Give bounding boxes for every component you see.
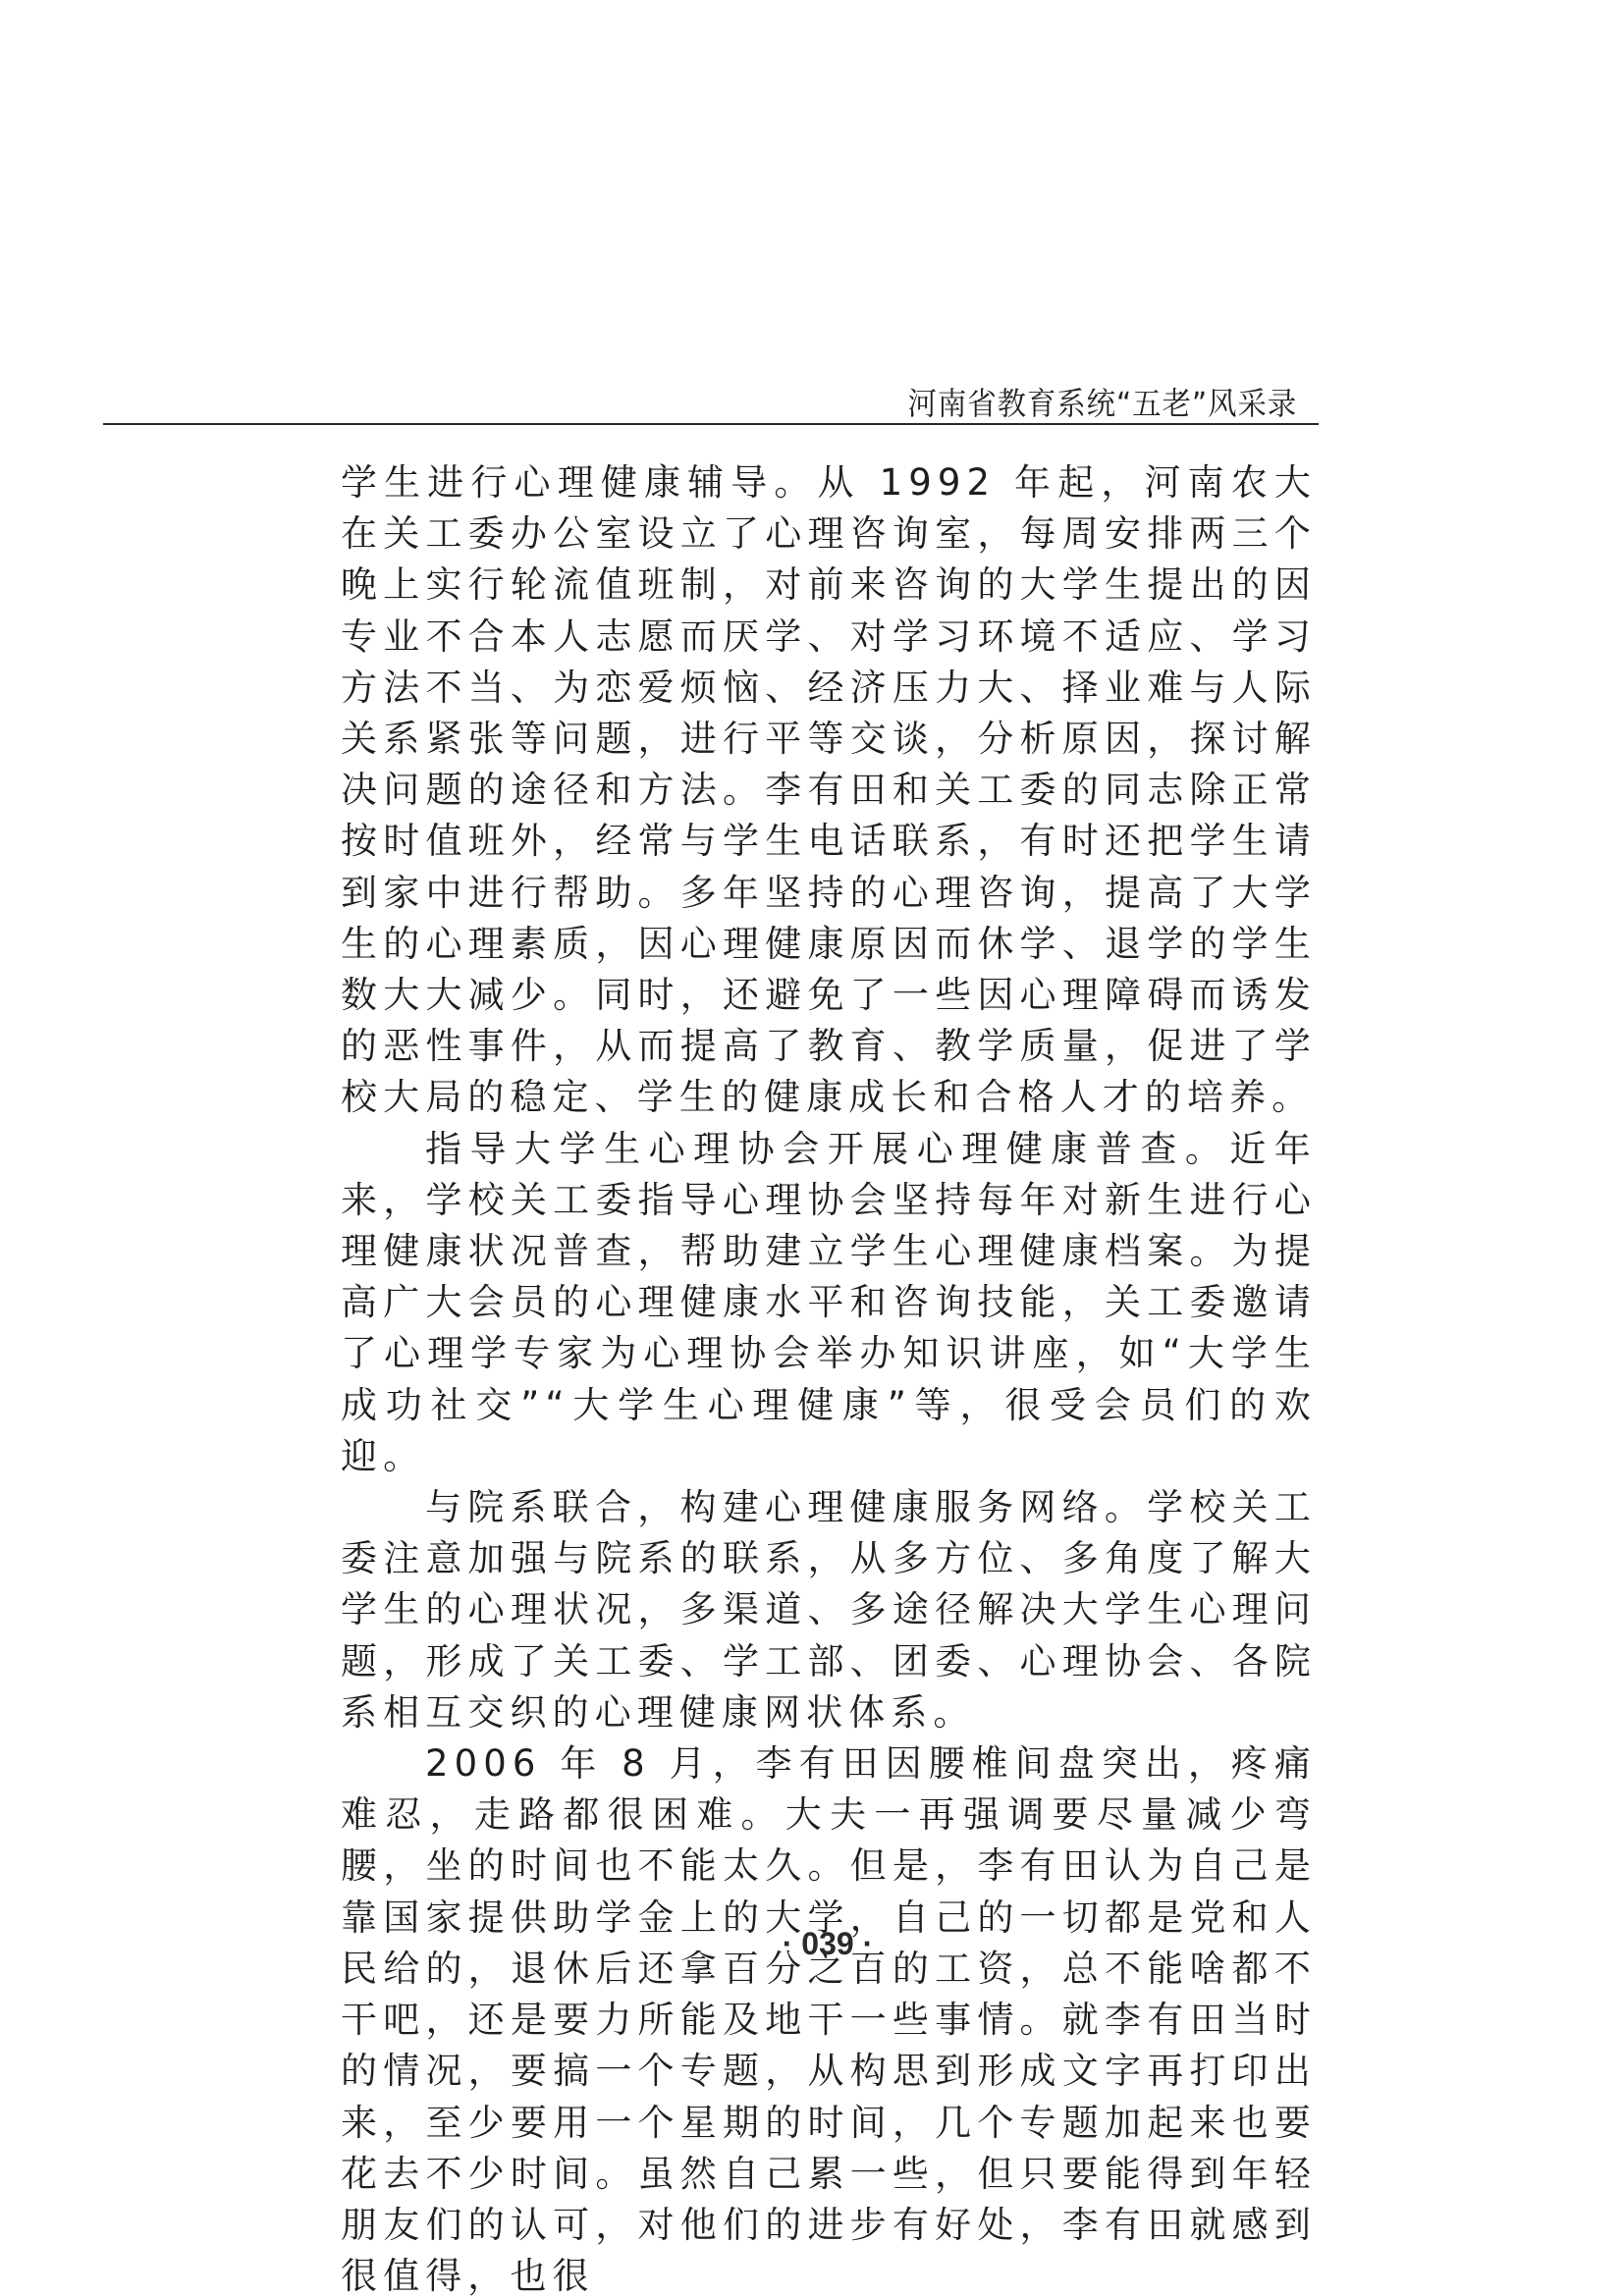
running-header-title: 河南省教育系统“五老”风采录 (907, 386, 1297, 421)
paragraph-3: 与院系联合，构建心理健康服务网络。学校关工委注意加强与院系的联系，从多方位、多角… (341, 1482, 1317, 1738)
paragraph-4: 2006 年 8 月，李有田因腰椎间盘突出，疼痛难忍，走路都很困难。大夫一再强调… (341, 1738, 1317, 2296)
page-number: · 039 · (730, 1924, 926, 1963)
running-header: 河南省教育系统“五老”风采录 (103, 383, 1319, 425)
paragraph-1: 学生进行心理健康辅导。从 1992 年起，河南农大在关工委办公室设立了心理咨询室… (341, 457, 1317, 1124)
paragraph-2: 指导大学生心理协会开展心理健康普查。近年来，学校关工委指导心理协会坚持每年对新生… (341, 1124, 1317, 1482)
body-text: 学生进行心理健康辅导。从 1992 年起，河南农大在关工委办公室设立了心理咨询室… (341, 457, 1317, 2296)
book-page: 河南省教育系统“五老”风采录 学生进行心理健康辅导。从 1992 年起，河南农大… (0, 0, 1623, 2296)
